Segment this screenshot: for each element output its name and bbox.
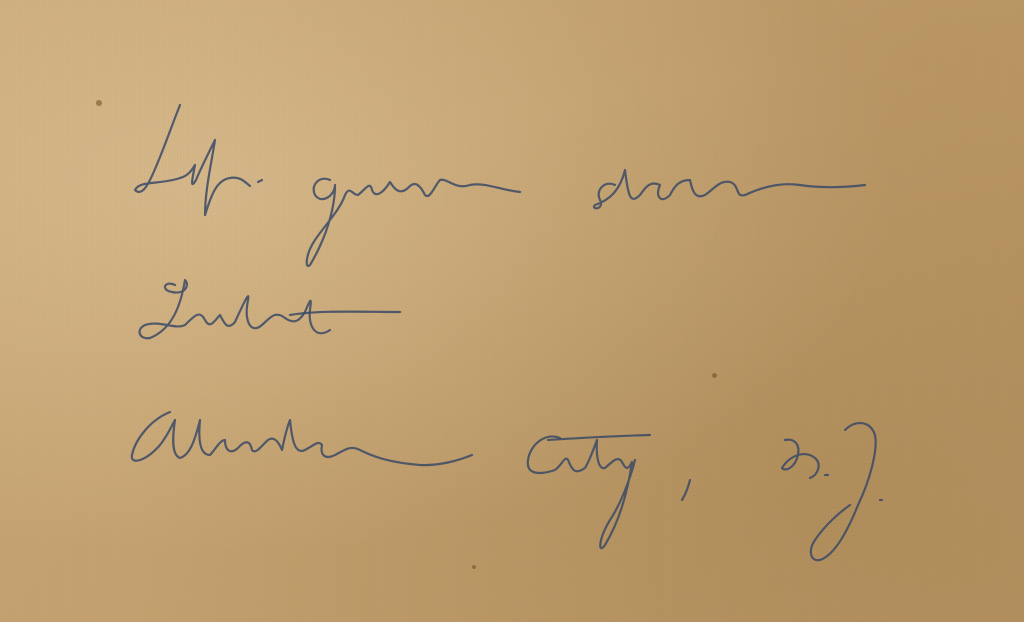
handwriting xyxy=(0,0,1024,622)
handwriting-line-1 xyxy=(135,105,865,266)
handwriting-line-2 xyxy=(140,280,400,338)
aged-paper: Life-guard station Inlet Atlantic City, … xyxy=(0,0,1024,622)
handwriting-line-3 xyxy=(132,412,882,560)
